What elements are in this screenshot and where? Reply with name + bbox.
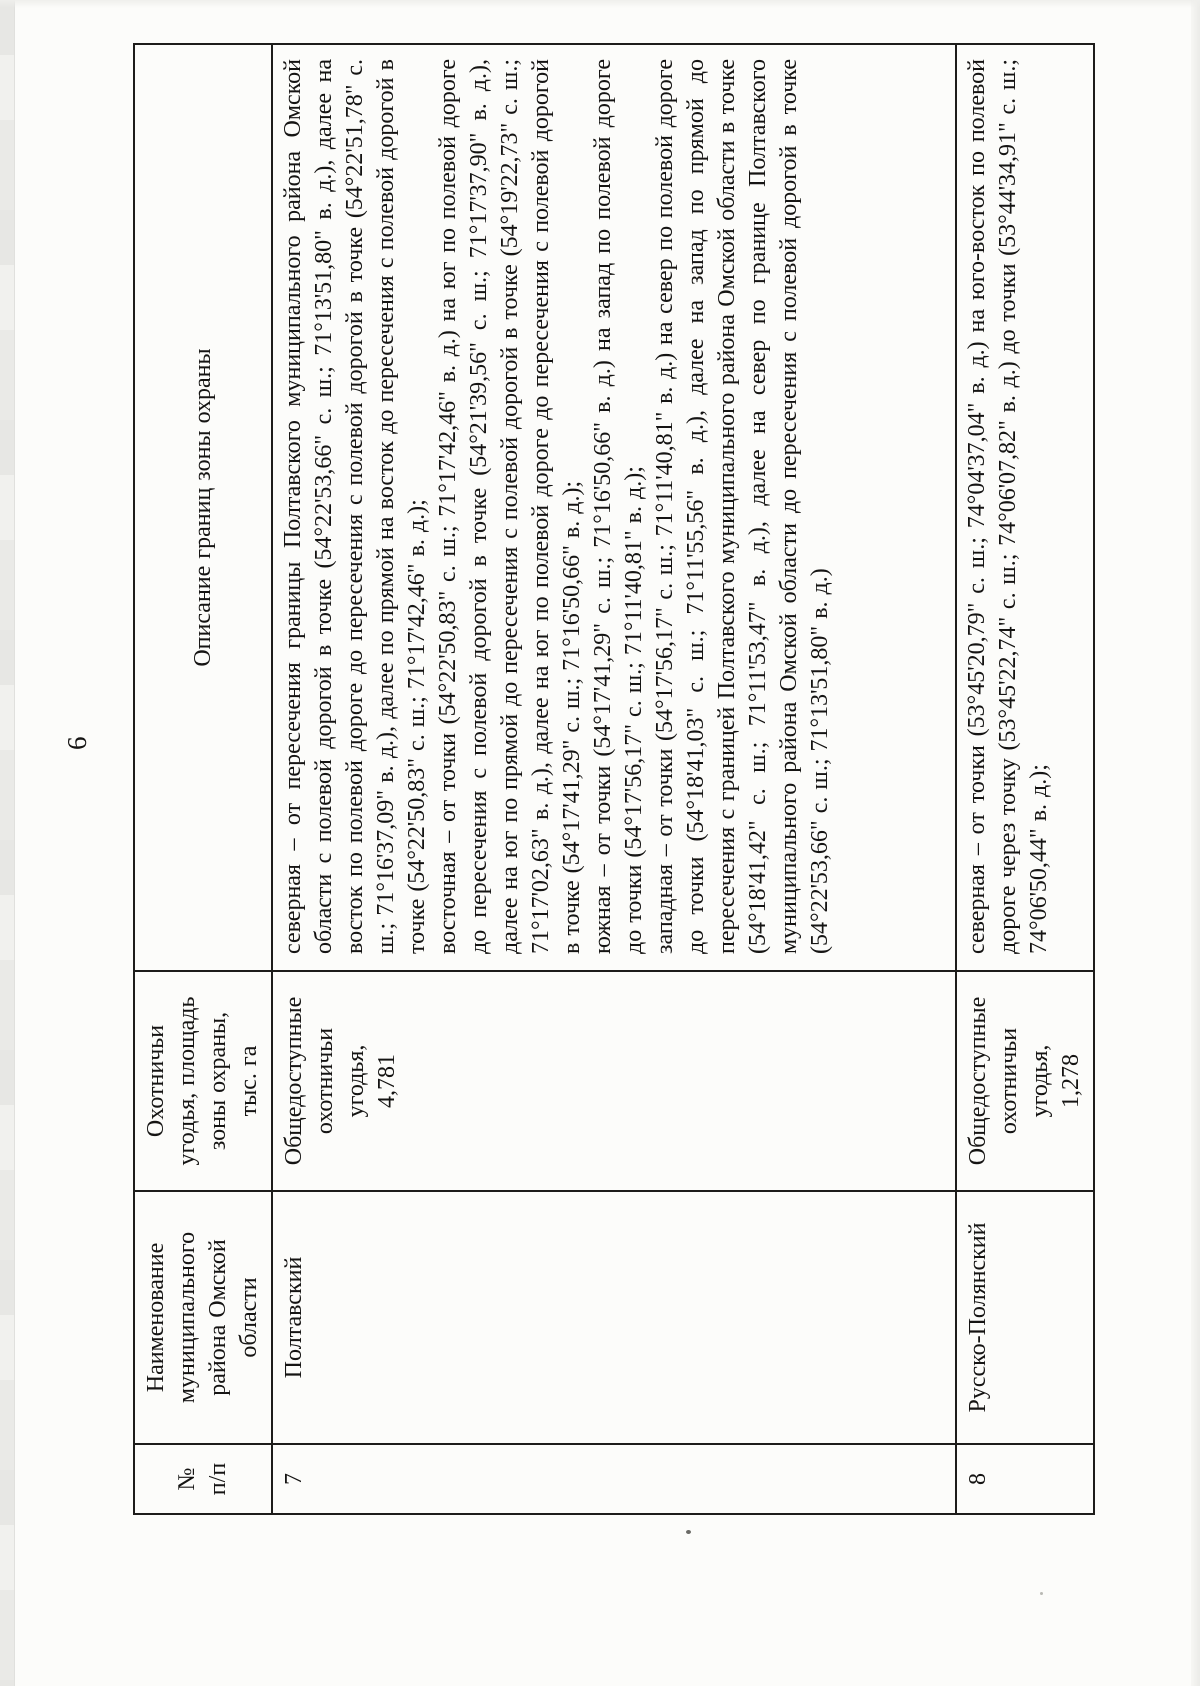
row-7-grounds-area: Общедоступные охотничьи угодья, 4,781: [272, 971, 956, 1191]
scanned-document-page: { "page": { "number": "6" }, "table": { …: [0, 0, 1200, 1686]
table-header-row: № п/п Наименование муниципального района…: [134, 44, 272, 1514]
hunting-zones-table: № п/п Наименование муниципального района…: [133, 43, 1095, 1515]
row-8-number: 8: [956, 1444, 1094, 1514]
rotated-page-sheet: 6 № п/п Наименование муниципального райо…: [0, 0, 1200, 1686]
row-7-municipality: Полтавский: [272, 1191, 956, 1444]
row-7-number: 7: [272, 1444, 956, 1514]
row-8-zone-description: северная – от точки (53°45'20,79" с. ш.;…: [956, 44, 1094, 971]
row-7-zone-description: северная – от пересечения границы Полтав…: [272, 44, 956, 971]
header-zone-description: Описание границ зоны охраны: [134, 44, 272, 971]
page-number: 6: [62, 737, 92, 751]
row-8-municipality: Русско-Полянский: [956, 1191, 1094, 1444]
header-row-number: № п/п: [134, 1444, 272, 1514]
row-8-grounds-area: Общедоступные охотничьи угодья, 1,278: [956, 971, 1094, 1191]
table-row-8: 8 Русско-Полянский Общедоступные охотнич…: [956, 44, 1094, 1514]
table-row-7: 7 Полтавский Общедоступные охотничьи уго…: [272, 44, 956, 1514]
header-municipality: Наименование муниципального района Омско…: [134, 1191, 272, 1444]
header-grounds-area: Охотничьи угодья, площадь зоны охраны, т…: [134, 971, 272, 1191]
